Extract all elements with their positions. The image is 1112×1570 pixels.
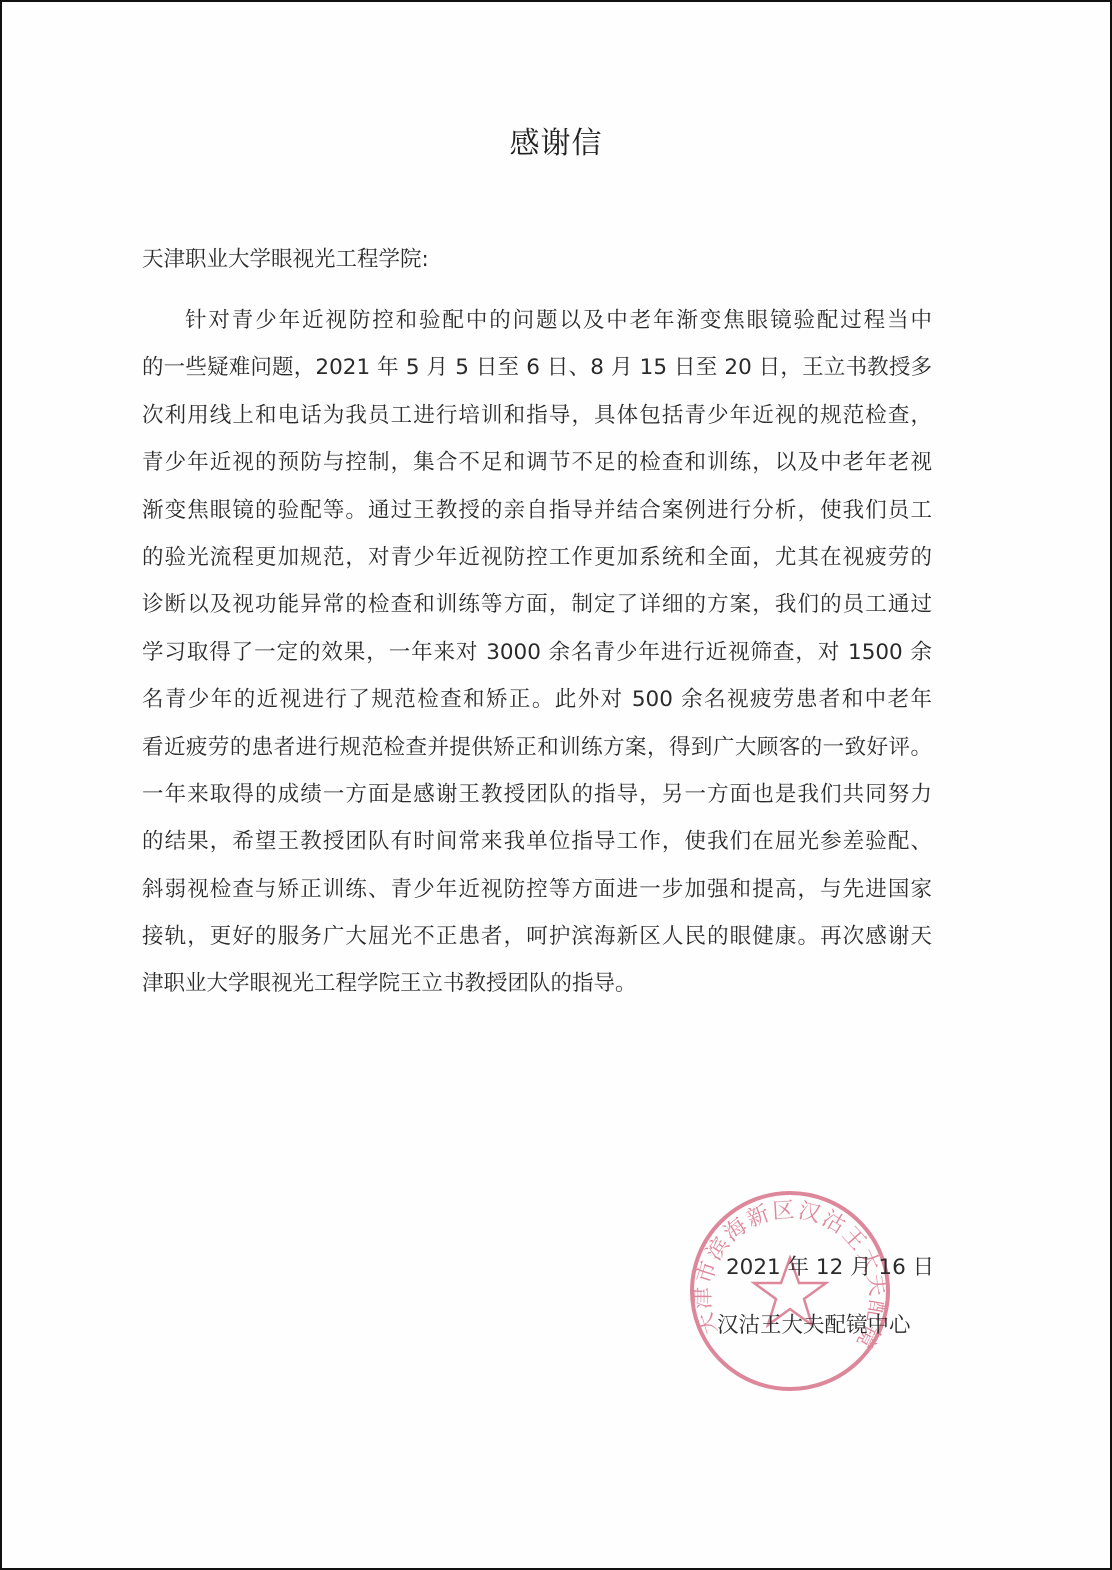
letter-page: 感谢信 天津职业大学眼视光工程学院: 针对青少年近视防控和验配中的问题以及中老年…	[0, 0, 1112, 1570]
body-line: 青少年近视的预防与控制，集合不足和调节不足的检查和训练，以及中老年老视	[142, 439, 932, 486]
signature-date: 2021 年 12 月 16 日	[726, 1250, 934, 1281]
body-line: 一年来取得的成绩一方面是感谢王教授团队的指导，另一方面也是我们共同努力	[142, 771, 932, 818]
body-line: 针对青少年近视防控和验配中的问题以及中老年渐变焦眼镜验配过程当中	[142, 297, 932, 344]
body-line: 渐变焦眼镜的验配等。通过王教授的亲自指导并结合案例进行分析，使我们员工	[142, 487, 932, 534]
body-line: 的验光流程更加规范，对青少年近视防控工作更加系统和全面，尤其在视疲劳的	[142, 534, 932, 581]
body-line: 看近疲劳的患者进行规范检查并提供矫正和训练方案，得到广大顾客的一致好评。	[142, 724, 932, 771]
body-line: 次利用线上和电话为我员工进行培训和指导，具体包括青少年近视的规范检查，	[142, 392, 932, 439]
body-line: 津职业大学眼视光工程学院王立书教授团队的指导。	[142, 960, 932, 1007]
body-line: 斜弱视检查与矫正训练、青少年近视防控等方面进一步加强和提高，与先进国家	[142, 866, 932, 913]
body-line: 的一些疑难问题，2021 年 5 月 5 日至 6 日、8 月 15 日至 20…	[142, 344, 932, 391]
body-line: 名青少年的近视进行了规范检查和矫正。此外对 500 余名视疲劳患者和中老年	[142, 676, 932, 723]
salutation: 天津职业大学眼视光工程学院:	[142, 242, 429, 273]
letter-body: 针对青少年近视防控和验配中的问题以及中老年渐变焦眼镜验配过程当中 的一些疑难问题…	[142, 297, 932, 1008]
signature-organization: 汉沽王大夫配镜中心	[717, 1308, 911, 1339]
body-line: 学习取得了一定的效果，一年来对 3000 余名青少年进行近视筛查，对 1500 …	[142, 629, 932, 676]
body-line: 接轨，更好的服务广大屈光不正患者，呵护滨海新区人民的眼健康。再次感谢天	[142, 913, 932, 960]
body-line: 诊断以及视功能异常的检查和训练等方面，制定了详细的方案，我们的员工通过	[142, 581, 932, 628]
letter-title: 感谢信	[2, 118, 1110, 162]
signature-block: 天津市滨海新区汉沽王大夫配镜中心 2021 年 12 月 16 日 汉沽王大夫配…	[682, 1192, 982, 1402]
official-seal-icon: 天津市滨海新区汉沽王大夫配镜中心	[687, 1188, 893, 1394]
body-line: 的结果，希望王教授团队有时间常来我单位指导工作，使我们在屈光参差验配、	[142, 818, 932, 865]
